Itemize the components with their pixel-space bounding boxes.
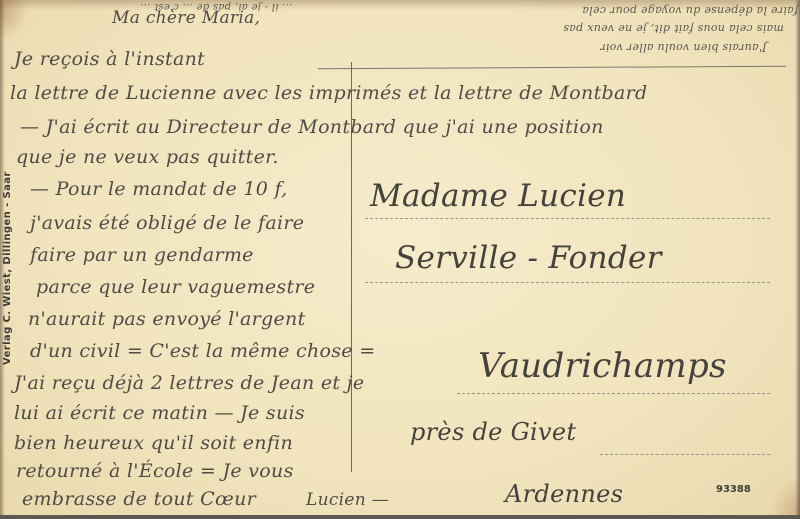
- upside-down-note-line: mais cela nous fait dit, je ne veux pas: [563, 22, 784, 35]
- message-line: retourné à l'École = Je vous: [16, 460, 294, 482]
- message-line: embrasse de tout Cœur: [22, 488, 256, 510]
- serial-number: 93388: [716, 484, 751, 495]
- message-line: J'ai reçu déjà 2 lettres de Jean et je: [14, 372, 364, 394]
- address-line-rule: [365, 282, 770, 283]
- message-line: que je ne veux pas quitter.: [16, 146, 279, 168]
- message-line: n'aurait pas envoyé l'argent: [28, 308, 306, 330]
- signature: Lucien —: [306, 490, 389, 510]
- message-line: — Pour le mandat de 10 f,: [30, 178, 288, 200]
- message-line: lui ai écrit ce matin — Je suis: [14, 402, 305, 424]
- message-line: parce que leur vaguemestre: [36, 276, 315, 298]
- address-line-rule: [457, 393, 770, 394]
- postcard: ... il - je ai, pas de ... c'est ... fai…: [0, 0, 800, 519]
- address-line-rule: [365, 218, 770, 219]
- message-line: la lettre de Lucienne avec les imprimés …: [10, 82, 647, 104]
- address-recipient-name: Serville - Fonder: [395, 240, 662, 276]
- upside-down-note-line: J'aurais bien voulu aller voir: [600, 41, 767, 54]
- card-edge: [0, 515, 800, 519]
- address-locality: près de Givet: [410, 418, 576, 446]
- address-line-rule: [600, 454, 770, 455]
- message-line: — J'ai écrit au Directeur de Montbard qu…: [20, 116, 604, 138]
- message-line: faire par un gendarme: [30, 244, 254, 266]
- message-line: bien heureux qu'il soit enfin: [14, 432, 293, 454]
- divider-horizontal: [318, 66, 786, 69]
- message-line: j'avais été obligé de le faire: [30, 212, 304, 234]
- message-line: d'un civil = C'est la même chose =: [30, 340, 375, 362]
- address-department: Ardennes: [505, 480, 623, 508]
- greeting: Ma chère Maria,: [112, 8, 260, 28]
- address-recipient: Madame Lucien: [370, 178, 626, 214]
- publisher-imprint: Verlag C. Wiest, Dillingen - Saar: [2, 171, 13, 365]
- upside-down-note-line: faire la dépense du voyage pour cela: [582, 4, 798, 17]
- card-edge: [795, 0, 800, 519]
- address-town: Vaudrichamps: [478, 346, 727, 386]
- message-line: Je reçois à l'instant: [14, 48, 205, 70]
